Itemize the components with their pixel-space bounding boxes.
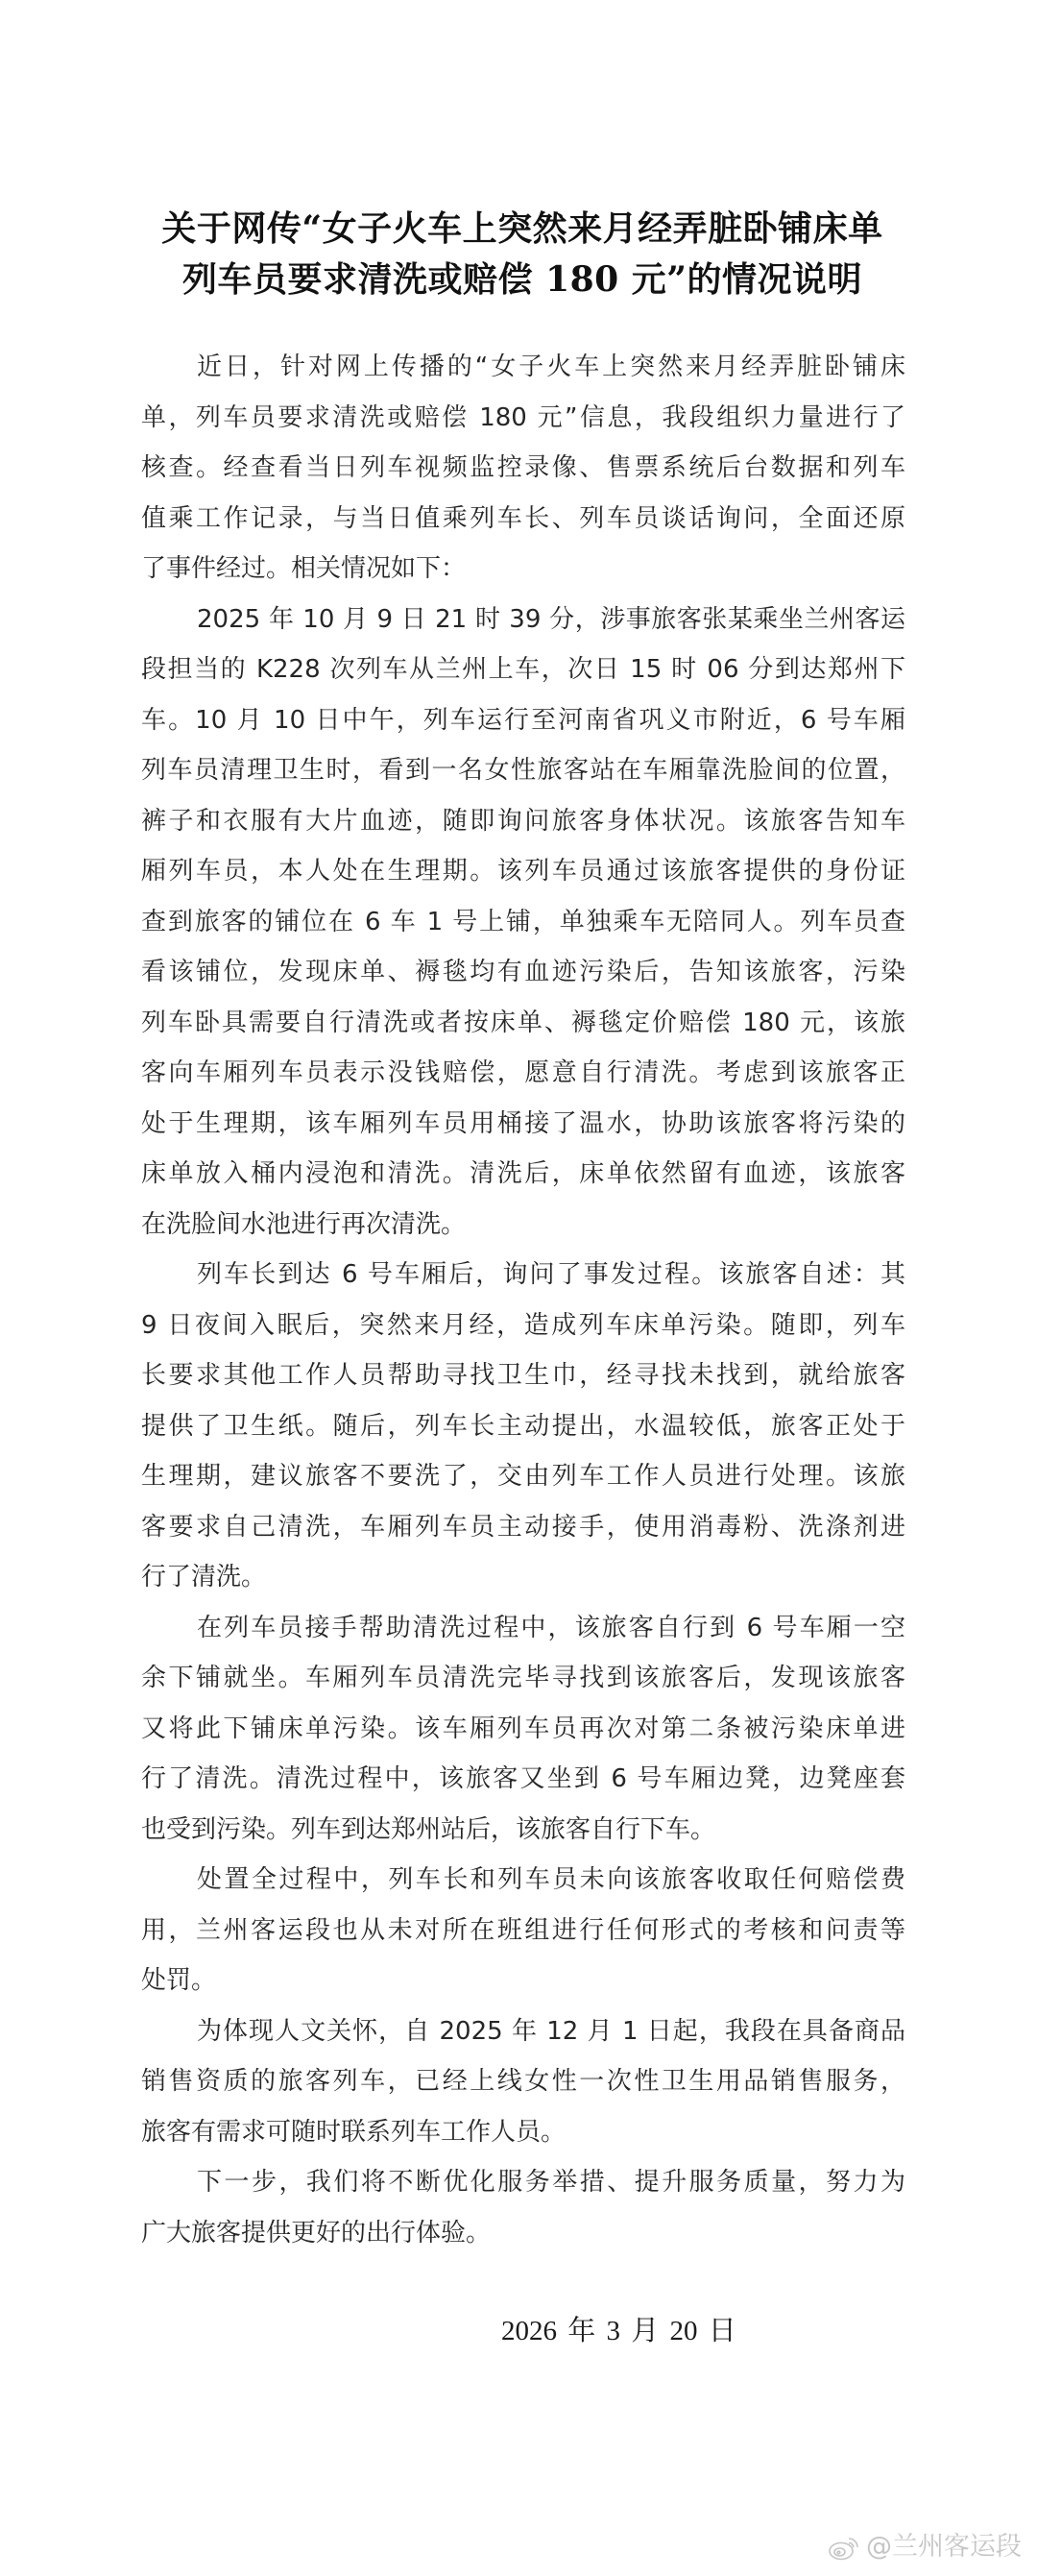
text-line: 核查。经查看当日列车视频监控录像、售票系统后台数据和列车 [141,443,905,494]
paragraph-second-berth: 在列车员接手帮助清洗过程中，该旅客自行到 6 号车厢一空 余下铺就坐。车厢列车员… [141,1603,905,1856]
text-line: 列车卧具需要自行清洗或者按床单、褥毯定价赔偿 180 元，该旅 [141,998,905,1049]
text-line: 列车员清理卫生时，看到一名女性旅客站在车厢靠洗脸间的位置， [141,745,905,796]
text-line: 为体现人文关怀，自 2025 年 12 月 1 日起，我段在具备商品 [141,2006,905,2057]
paragraph-next-steps: 下一步，我们将不断优化服务举措、提升服务质量，努力为 广大旅客提供更好的出行体验… [141,2157,905,2258]
weibo-watermark: @兰州客运段 [828,2533,1022,2562]
text-line: 值乘工作记录，与当日值乘列车长、列车员谈话询问，全面还原 [141,494,905,545]
text-line: 销售资质的旅客列车，已经上线女性一次性卫生用品销售服务， [141,2056,905,2107]
document-date: 2026 年 3 月 20 日 [501,2313,736,2349]
text-line: 余下铺就坐。车厢列车员清洗完毕寻找到该旅客后，发现该旅客 [141,1653,905,1704]
text-line: 车。10 月 10 日中午，列车运行至河南省巩义市附近，6 号车厢 [141,695,905,746]
text-line: 段担当的 K228 次列车从兰州上车，次日 15 时 06 分到达郑州下 [141,644,905,695]
paragraph-new-service: 为体现人文关怀，自 2025 年 12 月 1 日起，我段在具备商品 销售资质的… [141,2006,905,2158]
watermark-text: @兰州客运段 [866,2533,1022,2562]
text-line: 长要求其他工作人员帮助寻找卫生巾，经寻找未找到，就给旅客 [141,1350,905,1401]
text-line: 处置全过程中，列车长和列车员未向该旅客收取任何赔偿费 [141,1855,905,1906]
text-line: 下一步，我们将不断优化服务举措、提升服务质量，努力为 [141,2157,905,2208]
title-line-2: 列车员要求清洗或赔偿 180 元”的情况说明 [0,255,1037,305]
text-line: 又将此下铺床单污染。该车厢列车员再次对第二条被污染床单进 [141,1704,905,1755]
text-line: 在洗脸间水池进行再次清洗。 [141,1200,905,1251]
text-line: 处于生理期，该车厢列车员用桶接了温水，协助该旅客将污染的 [141,1099,905,1150]
text-line: 查到旅客的铺位在 6 车 1 号上铺，单独乘车无陪同人。列车员查 [141,897,905,948]
text-line: 在列车员接手帮助清洗过程中，该旅客自行到 6 号车厢一空 [141,1603,905,1654]
text-line: 厢列车员，本人处在生理期。该列车员通过该旅客提供的身份证 [141,846,905,897]
title-line-1: 关于网传“女子火车上突然来月经弄脏卧铺床单 [0,204,1037,255]
text-line: 2025 年 10 月 9 日 21 时 39 分，涉事旅客张某乘坐兰州客运 [141,595,905,645]
text-line: 9 日夜间入眠后，突然来月经，造成列车床单污染。随即，列车 [141,1300,905,1351]
document-body: 近日，针对网上传播的“女子火车上突然来月经弄脏卧铺床 单，列车员要求清洗或赔偿 … [141,342,905,2258]
text-line: 生理期，建议旅客不要洗了，交由列车工作人员进行处理。该旅 [141,1451,905,1502]
text-line: 客向车厢列车员表示没钱赔偿，愿意自行清洗。考虑到该旅客正 [141,1048,905,1099]
text-line: 看该铺位，发现床单、褥毯均有血迹污染后，告知该旅客，污染 [141,947,905,998]
text-line: 广大旅客提供更好的出行体验。 [141,2208,905,2259]
text-line: 行了清洗。清洗过程中，该旅客又坐到 6 号车厢边凳，边凳座套 [141,1754,905,1805]
document-page: 关于网传“女子火车上突然来月经弄脏卧铺床单 列车员要求清洗或赔偿 180 元”的… [0,0,1037,2576]
text-line: 旅客有需求可随时联系列车工作人员。 [141,2107,905,2158]
paragraph-intro: 近日，针对网上传播的“女子火车上突然来月经弄脏卧铺床 单，列车员要求清洗或赔偿 … [141,342,905,595]
text-line: 用，兰州客运段也从未对所在班组进行任何形式的考核和问责等 [141,1906,905,1956]
text-line: 提供了卫生纸。随后，列车长主动提出，水温较低，旅客正处于 [141,1401,905,1452]
text-line: 处罚。 [141,1956,905,2006]
text-line: 也受到污染。列车到达郑州站后，该旅客自行下车。 [141,1805,905,1856]
text-line: 裤子和衣服有大片血迹，随即询问旅客身体状况。该旅客告知车 [141,796,905,847]
text-line: 床单放入桶内浸泡和清洗。清洗后，床单依然留有血迹，该旅客 [141,1149,905,1200]
paragraph-no-charge: 处置全过程中，列车长和列车员未向该旅客收取任何赔偿费 用，兰州客运段也从未对所在… [141,1855,905,2006]
document-title: 关于网传“女子火车上突然来月经弄脏卧铺床单 列车员要求清洗或赔偿 180 元”的… [0,204,1037,305]
text-line: 近日，针对网上传播的“女子火车上突然来月经弄脏卧铺床 [141,342,905,393]
text-line: 行了清洗。 [141,1552,905,1603]
weibo-logo-icon [828,2533,862,2562]
text-line: 列车长到达 6 号车厢后，询问了事发过程。该旅客自述：其 [141,1250,905,1300]
text-line: 了事件经过。相关情况如下： [141,544,905,595]
paragraph-incident: 2025 年 10 月 9 日 21 时 39 分，涉事旅客张某乘坐兰州客运 段… [141,595,905,1251]
paragraph-conductor: 列车长到达 6 号车厢后，询问了事发过程。该旅客自述：其 9 日夜间入眠后，突然… [141,1250,905,1603]
text-line: 单，列车员要求清洗或赔偿 180 元”信息，我段组织力量进行了 [141,393,905,444]
text-line: 客要求自己清洗，车厢列车员主动接手，使用消毒粉、洗涤剂进 [141,1502,905,1553]
